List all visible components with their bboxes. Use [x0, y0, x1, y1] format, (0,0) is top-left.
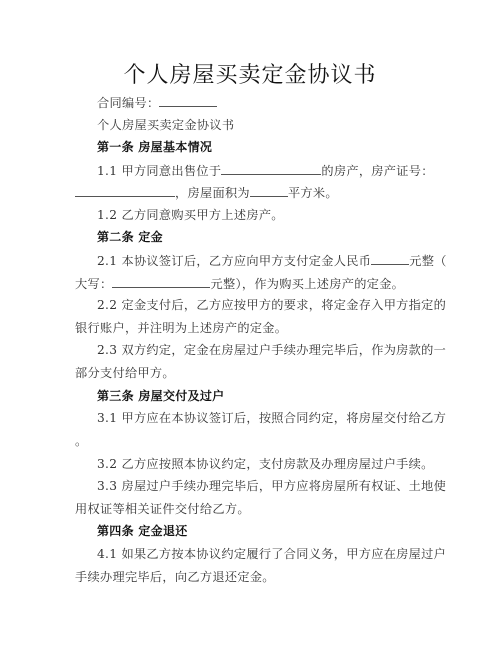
- clause-text: 的房产，房产证号：: [321, 164, 433, 178]
- section-1-heading: 第一条 房屋基本情况: [97, 139, 447, 155]
- section-2-heading: 第二条 定金: [97, 229, 447, 245]
- clause-text: 大写：: [75, 277, 112, 291]
- clause-3-2: 3.2 乙方应按照本协议约定，支付房款及办理房屋过户手续。: [97, 456, 447, 472]
- clause-2-3-line-1: 2.3 双方约定，定金在房屋过户手续办理完毕后，作为房款的一: [97, 342, 447, 358]
- certificate-number-blank: [75, 184, 175, 197]
- clause-2-2-line-1: 2.2 定金支付后，乙方应按甲方的要求，将定金存入甲方指定的: [97, 297, 447, 313]
- document-title: 个人房屋买卖定金协议书: [0, 58, 500, 89]
- clause-text: 2.1 本协议签订后，乙方应向甲方支付定金人民币: [97, 254, 371, 268]
- clause-2-1-line-2: 大写：元整），作为购买上述房产的定金。: [75, 275, 425, 292]
- clause-2-1-line-1: 2.1 本协议签订后，乙方应向甲方支付定金人民币元整（: [97, 252, 447, 269]
- clause-2-2-line-2: 银行账户，并注明为上述房产的定金。: [75, 320, 425, 336]
- contract-number-blank: [159, 94, 217, 107]
- amount-words-blank: [112, 275, 210, 288]
- document-subtitle: 个人房屋买卖定金协议书: [97, 117, 447, 133]
- contract-number-label: 合同编号：: [97, 96, 159, 110]
- contract-number-line: 合同编号：: [97, 94, 447, 111]
- clause-3-3-line-2: 用权证等相关证件交付给乙方。: [75, 501, 425, 517]
- section-4-heading: 第四条 定金退还: [97, 523, 447, 539]
- document-page: 个人房屋买卖定金协议书 合同编号： 个人房屋买卖定金协议书 第一条 房屋基本情况…: [0, 0, 500, 647]
- clause-text: ，房屋面积为: [175, 186, 250, 200]
- clause-1-1-line-2: ，房屋面积为平方米。: [75, 184, 425, 201]
- section-3-heading: 第三条 房屋交付及过户: [97, 388, 447, 404]
- clause-3-3-line-1: 3.3 房屋过户手续办理完毕后，甲方应将房屋所有权证、土地使: [97, 478, 447, 494]
- clause-text: 元整），作为购买上述房产的定金。: [210, 277, 404, 291]
- clause-3-1-line-2: 。: [75, 433, 425, 449]
- address-blank: [221, 162, 321, 175]
- amount-blank: [371, 252, 409, 265]
- clause-text: 元整（: [409, 254, 446, 268]
- clause-4-1-line-2: 手续办理完毕后，向乙方退还定金。: [75, 569, 425, 585]
- clause-1-2: 1.2 乙方同意购买甲方上述房产。: [97, 207, 447, 223]
- clause-4-1-line-1: 4.1 如果乙方按本协议约定履行了合同义务，甲方应在房屋过户: [97, 546, 447, 562]
- clause-text: 平方米。: [288, 186, 338, 200]
- clause-3-1-line-1: 3.1 甲方应在本协议签订后，按照合同约定，将房屋交付给乙方: [97, 410, 447, 426]
- clause-1-1-line-1: 1.1 甲方同意出售位于的房产，房产证号：: [97, 162, 447, 179]
- area-blank: [250, 184, 288, 197]
- clause-text: 1.1 甲方同意出售位于: [97, 164, 221, 178]
- clause-2-3-line-2: 部分支付给甲方。: [75, 365, 425, 381]
